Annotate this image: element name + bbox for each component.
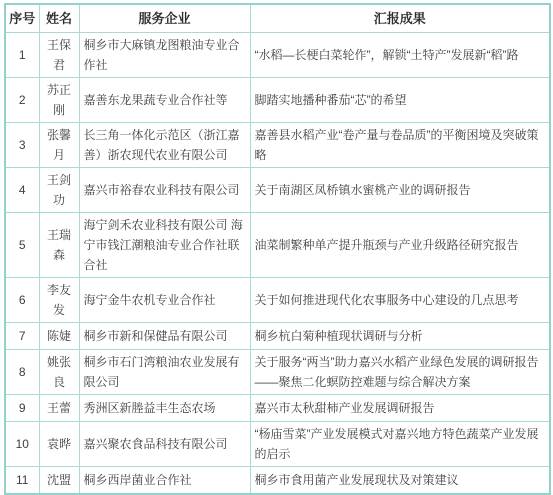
- table-row: 8 姚张良 桐乡市石门湾粮油农业发展有限公司 关于服务“两当”助力嘉兴水稻产业绿…: [5, 350, 550, 395]
- cell-result: “杨庙雪菜”产业发展模式对嘉兴地方特色蔬菜产业发展的启示: [250, 422, 550, 467]
- table-row: 10 袁晔 嘉兴聚农食品科技有限公司 “杨庙雪菜”产业发展模式对嘉兴地方特色蔬菜…: [5, 422, 550, 467]
- cell-company: 海宁剑禾农业科技有限公司 海宁市钱江潮粮油专业合作社联合社: [79, 213, 250, 278]
- cell-no: 6: [5, 278, 39, 323]
- cell-name: 王蕾: [39, 395, 79, 422]
- table-row: 3 张馨月 长三角一体化示范区（浙江嘉善）浙农现代农业有限公司 嘉善县水稻产业“…: [5, 123, 550, 168]
- cell-result: 关于服务“两当”助力嘉兴水稻产业绿色发展的调研报告——聚焦二化螟防控难题与综合解…: [250, 350, 550, 395]
- cell-result: 关于南湖区凤桥镇水蜜桃产业的调研报告: [250, 168, 550, 213]
- cell-company: 嘉兴聚农食品科技有限公司: [79, 422, 250, 467]
- cell-result: 脚踏实地播种番茄“芯”的希望: [250, 78, 550, 123]
- cell-no: 11: [5, 467, 39, 495]
- table-row: 9 王蕾 秀洲区新塍益丰生态农场 嘉兴市太秋甜柿产业发展调研报告: [5, 395, 550, 422]
- cell-result: “水稻—长梗白菜轮作”，解锁“土特产”发展新“稻”路: [250, 33, 550, 78]
- cell-result: 嘉兴市太秋甜柿产业发展调研报告: [250, 395, 550, 422]
- column-header-result: 汇报成果: [250, 4, 550, 33]
- cell-name: 苏正刚: [39, 78, 79, 123]
- cell-company: 海宁金牛农机专业合作社: [79, 278, 250, 323]
- cell-name: 陈婕: [39, 323, 79, 350]
- cell-no: 9: [5, 395, 39, 422]
- cell-name: 袁晔: [39, 422, 79, 467]
- table-row: 7 陈婕 桐乡市新和保健品有限公司 桐乡杭白菊种植现状调研与分析: [5, 323, 550, 350]
- table-row: 4 王剑功 嘉兴市裕春农业科技有限公司 关于南湖区凤桥镇水蜜桃产业的调研报告: [5, 168, 550, 213]
- cell-name: 张馨月: [39, 123, 79, 168]
- cell-company: 桐乡西岸菌业合作社: [79, 467, 250, 495]
- cell-company: 嘉兴市裕春农业科技有限公司: [79, 168, 250, 213]
- table-row: 2 苏正刚 嘉善东龙果蔬专业合作社等 脚踏实地播种番茄“芯”的希望: [5, 78, 550, 123]
- column-header-company: 服务企业: [79, 4, 250, 33]
- table-row: 5 王瑞森 海宁剑禾农业科技有限公司 海宁市钱江潮粮油专业合作社联合社 油菜制繁…: [5, 213, 550, 278]
- cell-no: 3: [5, 123, 39, 168]
- cell-result: 桐乡杭白菊种植现状调研与分析: [250, 323, 550, 350]
- cell-no: 5: [5, 213, 39, 278]
- cell-no: 10: [5, 422, 39, 467]
- cell-company: 秀洲区新塍益丰生态农场: [79, 395, 250, 422]
- cell-company: 长三角一体化示范区（浙江嘉善）浙农现代农业有限公司: [79, 123, 250, 168]
- cell-no: 2: [5, 78, 39, 123]
- cell-no: 4: [5, 168, 39, 213]
- table-row: 1 王保君 桐乡市大麻镇龙图粮油专业合作社 “水稻—长梗白菜轮作”，解锁“土特产…: [5, 33, 550, 78]
- cell-company: 桐乡市大麻镇龙图粮油专业合作社: [79, 33, 250, 78]
- cell-result: 关于如何推进现代化农事服务中心建设的几点思考: [250, 278, 550, 323]
- report-table: 序号 姓名 服务企业 汇报成果 1 王保君 桐乡市大麻镇龙图粮油专业合作社 “水…: [4, 3, 551, 495]
- table-row: 11 沈盟 桐乡西岸菌业合作社 桐乡市食用菌产业发展现状及对策建议: [5, 467, 550, 495]
- table-row: 6 李友发 海宁金牛农机专业合作社 关于如何推进现代化农事服务中心建设的几点思考: [5, 278, 550, 323]
- cell-name: 姚张良: [39, 350, 79, 395]
- column-header-no: 序号: [5, 4, 39, 33]
- cell-name: 李友发: [39, 278, 79, 323]
- cell-name: 王瑞森: [39, 213, 79, 278]
- cell-no: 7: [5, 323, 39, 350]
- cell-result: 桐乡市食用菌产业发展现状及对策建议: [250, 467, 550, 495]
- cell-result: 油菜制繁种单产提升瓶颈与产业升级路径研究报告: [250, 213, 550, 278]
- table-header-row: 序号 姓名 服务企业 汇报成果: [5, 4, 550, 33]
- cell-name: 王剑功: [39, 168, 79, 213]
- cell-company: 桐乡市新和保健品有限公司: [79, 323, 250, 350]
- cell-name: 王保君: [39, 33, 79, 78]
- page: 序号 姓名 服务企业 汇报成果 1 王保君 桐乡市大麻镇龙图粮油专业合作社 “水…: [0, 0, 553, 393]
- column-header-name: 姓名: [39, 4, 79, 33]
- cell-no: 1: [5, 33, 39, 78]
- cell-no: 8: [5, 350, 39, 395]
- cell-company: 嘉善东龙果蔬专业合作社等: [79, 78, 250, 123]
- cell-company: 桐乡市石门湾粮油农业发展有限公司: [79, 350, 250, 395]
- cell-result: 嘉善县水稻产业“卷产量与卷品质”的平衡困境及突破策略: [250, 123, 550, 168]
- cell-name: 沈盟: [39, 467, 79, 495]
